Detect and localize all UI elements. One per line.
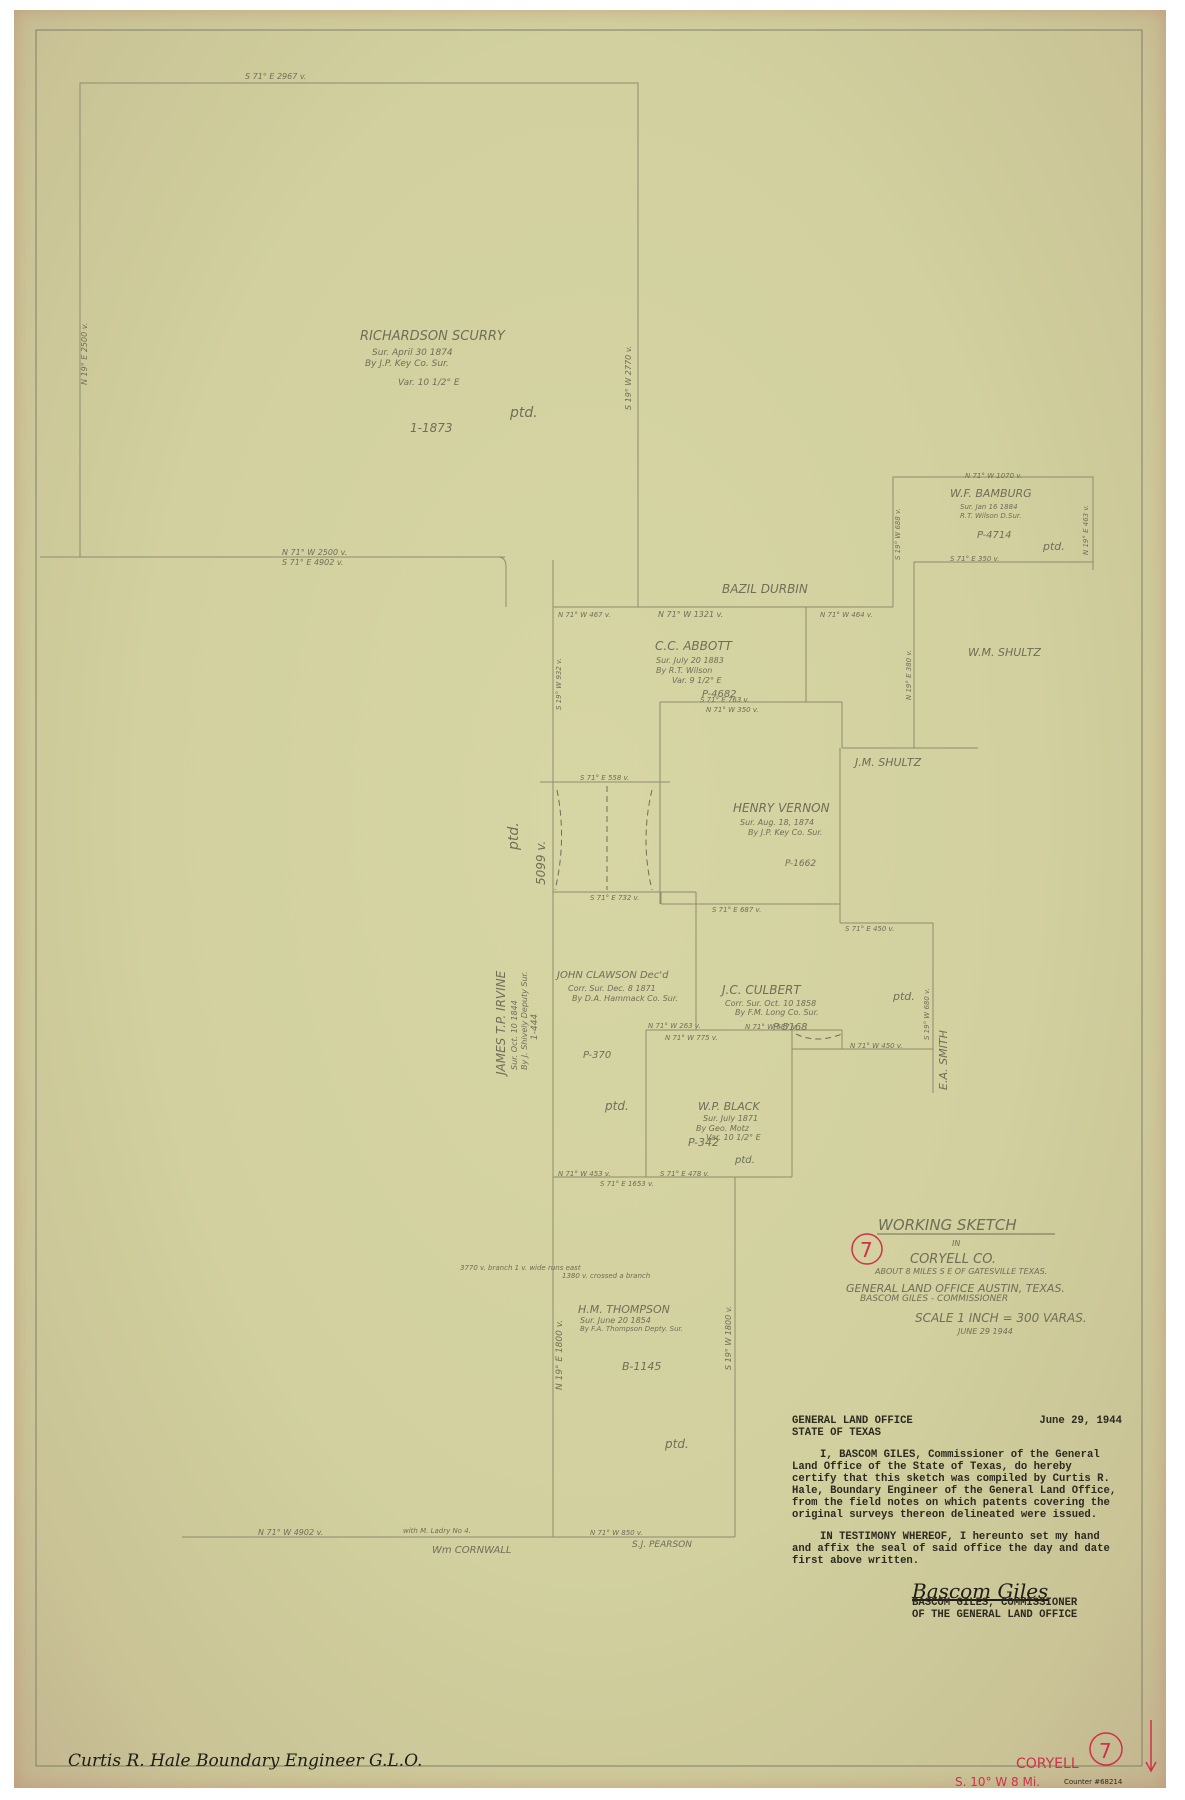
- certificate: GENERAL LAND OFFICE STATE OF TEXAS June …: [792, 1415, 1122, 1621]
- cert-testimony: IN TESTIMONY WHEREOF, I hereunto set my …: [792, 1531, 1122, 1567]
- direction-note: S. 10° W 8 Mi.: [955, 1775, 1040, 1789]
- scale-label: SCALE 1 INCH = 300 VARAS.: [915, 1311, 1087, 1325]
- bearing-call: N 71° W 850 v.: [590, 1529, 643, 1537]
- survey-label: J.M. SHULTZ: [853, 756, 922, 769]
- patented-mark: ptd.: [1042, 540, 1065, 553]
- survey-label: RICHARDSON SCURRY: [360, 329, 506, 344]
- file-number: 1-444: [530, 1014, 540, 1040]
- bearing-call: N 19° E 380 v.: [905, 650, 913, 700]
- bearing-call: N 19° E 1800 v.: [555, 1320, 565, 1390]
- survey-detail: Sur. Aug. 18, 1874: [740, 818, 814, 827]
- survey-label: C.C. ABBOTT: [655, 639, 734, 653]
- patented-mark: ptd.: [509, 405, 538, 421]
- bearing-call: with M. Ladry No 4.: [403, 1527, 471, 1535]
- engineer-signature: Curtis R. Hale Boundary Engineer G.L.O.: [68, 1751, 422, 1771]
- survey-detail: Sur. July 1871: [703, 1114, 758, 1123]
- survey-detail: By J. Shively Deputy Sur.: [520, 971, 529, 1070]
- cert-header-state: STATE OF TEXAS: [792, 1427, 913, 1439]
- survey-detail: Sur. July 20 1883: [656, 656, 724, 665]
- cert-date: June 29, 1944: [1039, 1415, 1122, 1439]
- bearing-call: N 71° W 464 v.: [820, 611, 873, 619]
- survey-label: W.M. SHULTZ: [968, 646, 1041, 659]
- bearing-call: S 19° W 2770 v.: [624, 346, 633, 410]
- survey-label: BAZIL DURBIN: [722, 582, 808, 596]
- bearing-call: S 19° W 1800 v.: [724, 1306, 733, 1370]
- bearing-call: S 71° E 4902 v.: [282, 558, 343, 567]
- survey-label: JOHN CLAWSON Dec'd: [555, 970, 669, 981]
- survey-detail: Corr. Sur. Dec. 8 1871: [568, 984, 656, 993]
- signature-line-2: OF THE GENERAL LAND OFFICE: [912, 1609, 1122, 1621]
- patented-mark: ptd.: [734, 1155, 755, 1166]
- bearing-call: N 71° W 350 v.: [706, 706, 759, 714]
- bearing-call: 5099 v.: [534, 841, 548, 885]
- file-number: P-370: [583, 1050, 611, 1061]
- signature-line-1: BASCOM GILES, COMMISSIONER: [912, 1597, 1122, 1609]
- bearing-call: N 19° E 2500 v.: [80, 323, 89, 385]
- patented-mark: ptd.: [506, 822, 522, 851]
- survey-detail: Var. 9 1/2° E: [672, 676, 723, 685]
- sheet-number: 7: [860, 1238, 873, 1262]
- survey-label: W.F. BAMBURG: [950, 487, 1032, 500]
- survey-detail: By R.T. Wilson: [656, 666, 712, 675]
- bearing-call: N 71° W 453 v.: [558, 1170, 611, 1178]
- survey-detail: By Geo. Motz: [696, 1124, 750, 1133]
- survey-detail: By J.P. Key Co. Sur.: [365, 359, 449, 369]
- patented-mark: ptd.: [664, 1437, 689, 1451]
- map-subtitle: IN: [952, 1239, 960, 1248]
- survey-detail: By J.P. Key Co. Sur.: [748, 828, 822, 837]
- bearing-call: S 71° E 1653 v.: [600, 1180, 654, 1188]
- sketch-date: JUNE 29 1944: [956, 1327, 1013, 1336]
- survey-detail: By F.A. Thompson Depty. Sur.: [580, 1325, 683, 1333]
- file-number: 1-1873: [410, 421, 453, 435]
- commissioner-signature: Bascom Giles: [912, 1585, 1122, 1597]
- bearing-call: N 71° W 467 v.: [558, 611, 611, 619]
- bearing-call: N 71° W 687 v.: [745, 1023, 798, 1031]
- field-note: 3770 v. branch 1 v. wide runs east: [460, 1264, 581, 1272]
- file-number: P-1662: [785, 859, 816, 869]
- survey-detail: Sur. Oct. 10 1844: [510, 1000, 519, 1070]
- bearing-call: N 71° W 450 v.: [850, 1042, 903, 1050]
- file-number: P-4714: [977, 530, 1012, 541]
- bearing-call: S 71° E 732 v.: [590, 894, 639, 902]
- cert-header-office: GENERAL LAND OFFICE: [792, 1415, 913, 1427]
- bearing-call: N 71° W 2500 v.: [282, 548, 347, 557]
- survey-detail: Sur. Jan 16 1884: [960, 503, 1018, 511]
- location-note: ABOUT 8 MILES S E OF GATESVILLE TEXAS.: [874, 1267, 1047, 1276]
- bearing-call: S 71° E 558 v.: [580, 774, 629, 782]
- bearing-call: S 19° W 932 v.: [555, 658, 563, 710]
- survey-label: E.A. SMITH: [937, 1030, 950, 1090]
- bearing-call: S 71° E 478 v.: [660, 1170, 709, 1178]
- bearing-call: N 71° W 775 v.: [665, 1034, 718, 1042]
- field-note: 1380 v. crossed a branch: [562, 1272, 650, 1280]
- bearing-call: N 71° W 263 v.: [648, 1022, 701, 1030]
- counter-number: Counter #68214: [1064, 1778, 1123, 1786]
- bearing-call: N 71° W 1321 v.: [658, 610, 723, 619]
- bearing-call: S 19° W 688 v.: [894, 508, 902, 560]
- county-name: CORYELL CO.: [910, 1252, 996, 1267]
- map-title: WORKING SKETCH: [878, 1216, 1017, 1234]
- survey-detail: Var. 10 1/2° E: [398, 378, 460, 388]
- bearing-call: N 71° W 4902 v.: [258, 1528, 323, 1537]
- footer-sheet-number: 7: [1099, 1739, 1112, 1763]
- patented-mark: ptd.: [604, 1099, 629, 1113]
- survey-detail: Corr. Sur. Oct. 10 1858: [725, 999, 816, 1008]
- survey-detail: By F.M. Long Co. Sur.: [735, 1008, 819, 1017]
- county-stamp: CORYELL: [1016, 1756, 1079, 1772]
- survey-detail: By D.A. Hammack Co. Sur.: [572, 994, 678, 1003]
- survey-detail: R.T. Wilson D.Sur.: [960, 512, 1021, 520]
- bearing-call: S 71° E 350 v.: [950, 555, 999, 563]
- survey-label: Wm CORNWALL: [432, 1545, 511, 1556]
- bearing-call: S 71° E 687 v.: [712, 906, 761, 914]
- survey-label: W.P. BLACK: [698, 1100, 760, 1113]
- bearing-call: S 19° W 680 v.: [923, 988, 931, 1040]
- bearing-call: S 71° E 2967 v.: [245, 72, 306, 81]
- survey-detail: Sur. June 20 1854: [580, 1316, 651, 1325]
- bearing-call: S 71° E 763 v.: [700, 696, 749, 704]
- survey-label: S.J. PEARSON: [632, 1540, 692, 1550]
- commissioner-label: BASCOM GILES - COMMISSIONER: [860, 1294, 1008, 1304]
- survey-label: HENRY VERNON: [733, 801, 830, 815]
- bearing-call: S 71° E 450 v.: [845, 925, 894, 933]
- file-number: B-1145: [622, 1360, 661, 1373]
- patented-mark: ptd.: [892, 990, 915, 1003]
- survey-label: H.M. THOMPSON: [578, 1303, 670, 1316]
- bearing-call: N 19° E 463 v.: [1082, 505, 1090, 555]
- survey-label: J.C. CULBERT: [720, 983, 802, 997]
- survey-label: JAMES T.P. IRVINE: [494, 970, 508, 1077]
- file-number: P-342: [688, 1136, 719, 1149]
- bearing-call: N 71° W 1070 v.: [965, 472, 1022, 480]
- survey-detail: Sur. April 30 1874: [372, 348, 453, 358]
- cert-paragraph: I, BASCOM GILES, Commissioner of the Gen…: [792, 1449, 1122, 1521]
